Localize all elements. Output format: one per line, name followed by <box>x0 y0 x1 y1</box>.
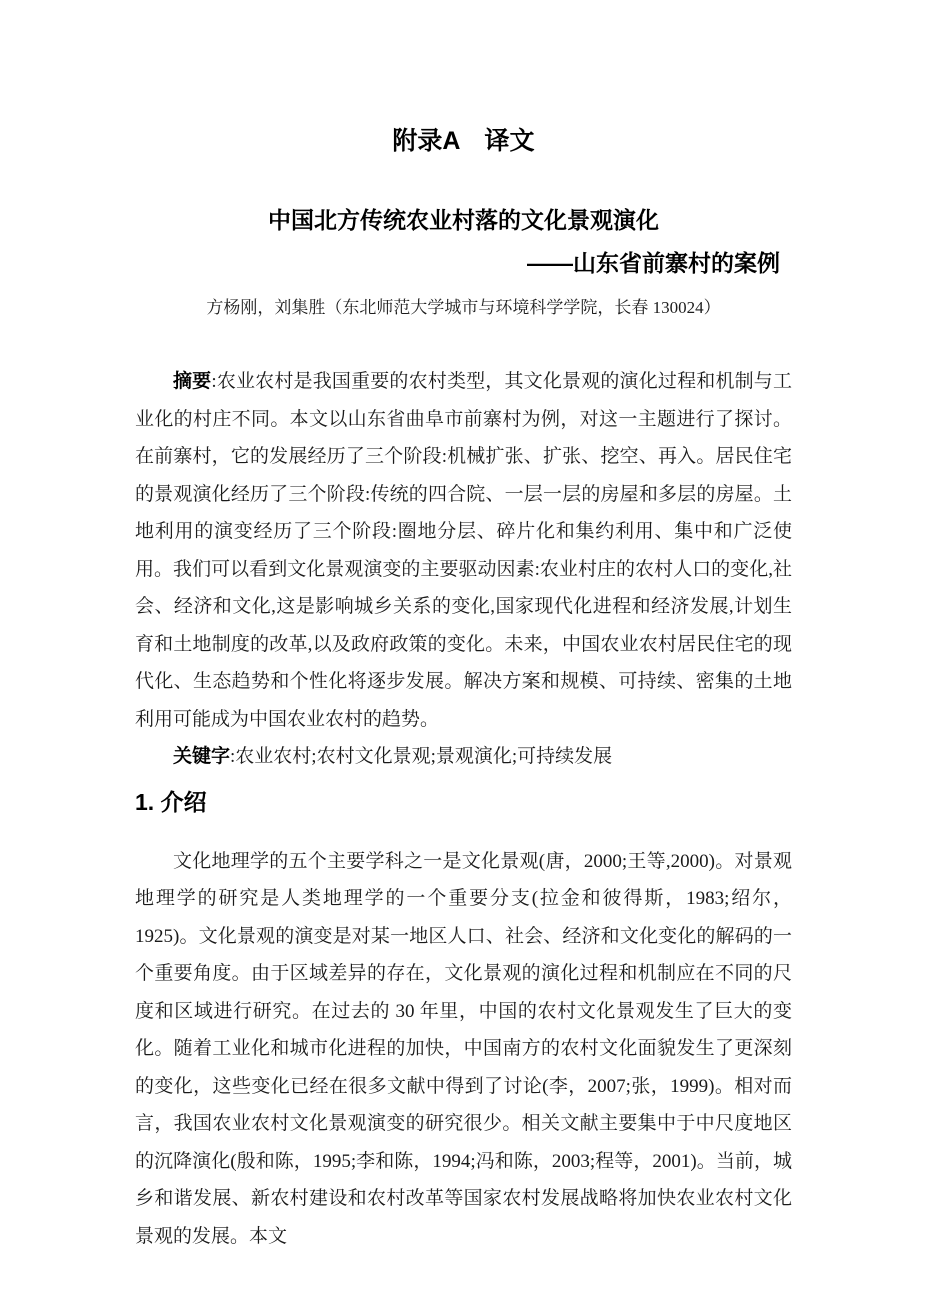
document-page: 附录A 译文 中国北方传统农业村落的文化景观演化 ——山东省前寨村的案例 方杨刚… <box>0 0 926 1309</box>
authors-line: 方杨刚，刘集胜（东北师范大学城市与环境科学学院，长春 130024） <box>135 296 792 320</box>
abstract-label: 摘要 <box>173 371 211 392</box>
paper-title: 中国北方传统农业村落的文化景观演化 <box>135 205 792 235</box>
paper-subtitle: ——山东省前寨村的案例 <box>135 248 792 278</box>
abstract-paragraph: 摘要:农业农村是我国重要的农村类型，其文化景观的演化过程和机制与工业化的村庄不同… <box>135 363 792 738</box>
intro-paragraph: 文化地理学的五个主要学科之一是文化景观(唐，2000;王等,2000)。对景观地… <box>135 843 792 1256</box>
appendix-title: 附录A 译文 <box>135 0 792 157</box>
page-content: 附录A 译文 中国北方传统农业村落的文化景观演化 ——山东省前寨村的案例 方杨刚… <box>135 0 792 1255</box>
section-heading-introduction: 1. 介绍 <box>135 786 792 818</box>
keywords-line: 关键字:农业农村;农村文化景观;景观演化;可持续发展 <box>135 738 792 776</box>
abstract-text: :农业农村是我国重要的农村类型，其文化景观的演化过程和机制与工业化的村庄不同。本… <box>135 371 792 730</box>
keywords-label: 关键字 <box>173 746 230 767</box>
keywords-text: :农业农村;农村文化景观;景观演化;可持续发展 <box>230 746 612 767</box>
